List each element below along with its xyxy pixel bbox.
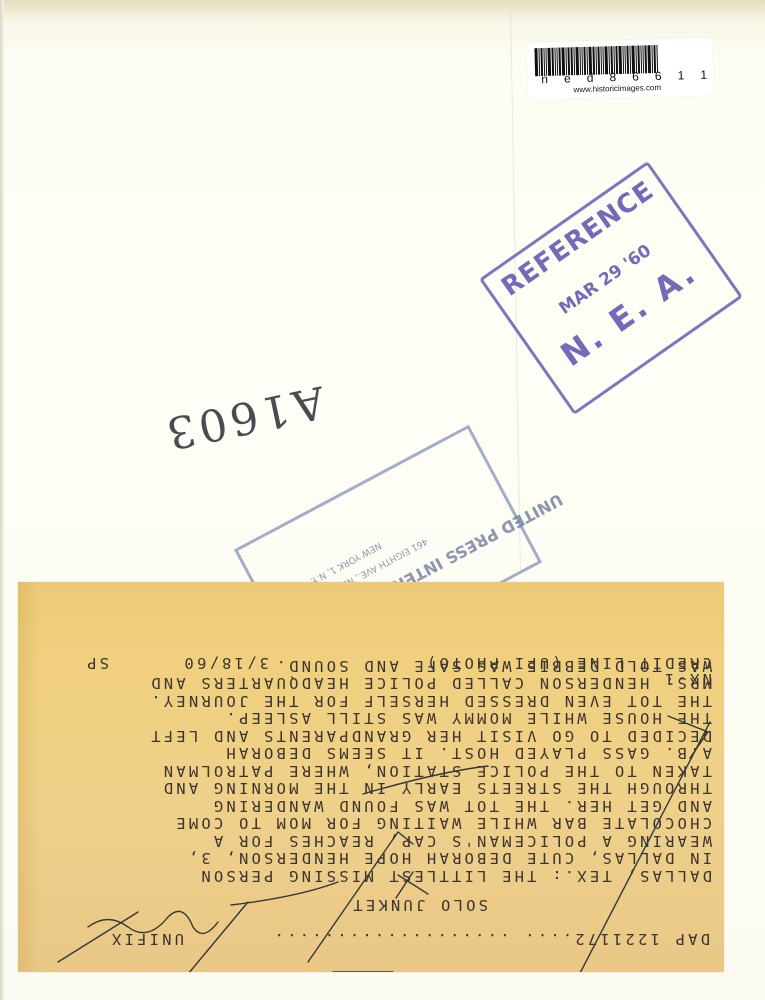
caption-body-line: IN DALLAS, CUTE DEBORAH HOPE HENDERSON, …	[148, 849, 712, 867]
caption-body-line: CHOCOLATE BAR WHILE WAITING FOR MOM TO C…	[148, 814, 712, 832]
paper-edge	[0, 0, 4, 1000]
caption-body-line: THROUGH THE STREETS EARLY IN THE MORNING…	[148, 779, 712, 797]
barcode-char: 6	[655, 69, 662, 83]
caption-body: DALLAS, TEX.: THE LITTLEST MISSING PERSO…	[148, 657, 712, 885]
caption-initials: SP	[84, 654, 109, 672]
barcode-char: 6	[632, 70, 639, 84]
barcode-label: ned86611 www.historicimages.com	[526, 38, 713, 101]
caption-body-line: THE TOT EVEN DRESSED HERSELF FOR THE JOU…	[148, 692, 712, 710]
barcode-char: n	[541, 72, 548, 86]
caption-body-line: A.B. GASS PLAYED HOST. IT SEEMS DEBORAH	[148, 744, 712, 762]
barcode-char: e	[564, 71, 571, 85]
handwritten-archive-id: A1603	[158, 376, 329, 460]
caption-body-line: WEARING A POLICEMAN'S CAP, REACHES FOR A	[148, 832, 712, 850]
caption-body-line: DALLAS, TEX.: THE LITTLEST MISSING PERSO…	[148, 867, 712, 885]
caption-unifix: UNIFIX	[109, 930, 184, 948]
caption-slip: DAP 1221172.... ................... UNIF…	[18, 582, 724, 972]
caption-date: 3/18/60	[181, 654, 269, 672]
caption-body-line: DECIDED TO GO VISIT HER GRANDPARENTS AND…	[148, 727, 712, 745]
caption-body-line: THE HOUSE WHILE MOMMY WAS STILL ASLEEP.	[148, 709, 712, 727]
caption-body-line: MRS. HENDERSON CALLED POLICE HEADQUARTER…	[148, 674, 712, 692]
barcode-char: 1	[678, 68, 685, 82]
caption-body-line: TAKEN TO THE POLICE STATION, WHERE PATRO…	[148, 762, 712, 780]
caption-body-line: AND GET HER. THE TOT WAS FOUND WANDERING	[148, 797, 712, 815]
caption-dap-line: DAP 1221172.... ...................	[271, 930, 710, 948]
barcode-char: d	[587, 71, 594, 85]
caption-slug: SOLO JUNKET	[350, 896, 488, 914]
caption-nx: NX-1	[662, 670, 712, 688]
reference-stamp: REFERENCE MAR 29 '60 N. E. A.	[479, 161, 743, 415]
caption-credit-line: CREDIT LINE (UPI PHOTO)	[424, 654, 712, 672]
barcode-char: 8	[609, 70, 616, 84]
caption-text: DAP 1221172.... ................... UNIF…	[18, 582, 724, 972]
barcode-url: www.historicimages.com	[573, 83, 661, 94]
photo-back: ned86611 www.historicimages.com REFERENC…	[0, 0, 765, 1000]
barcode-char: 1	[700, 68, 707, 82]
